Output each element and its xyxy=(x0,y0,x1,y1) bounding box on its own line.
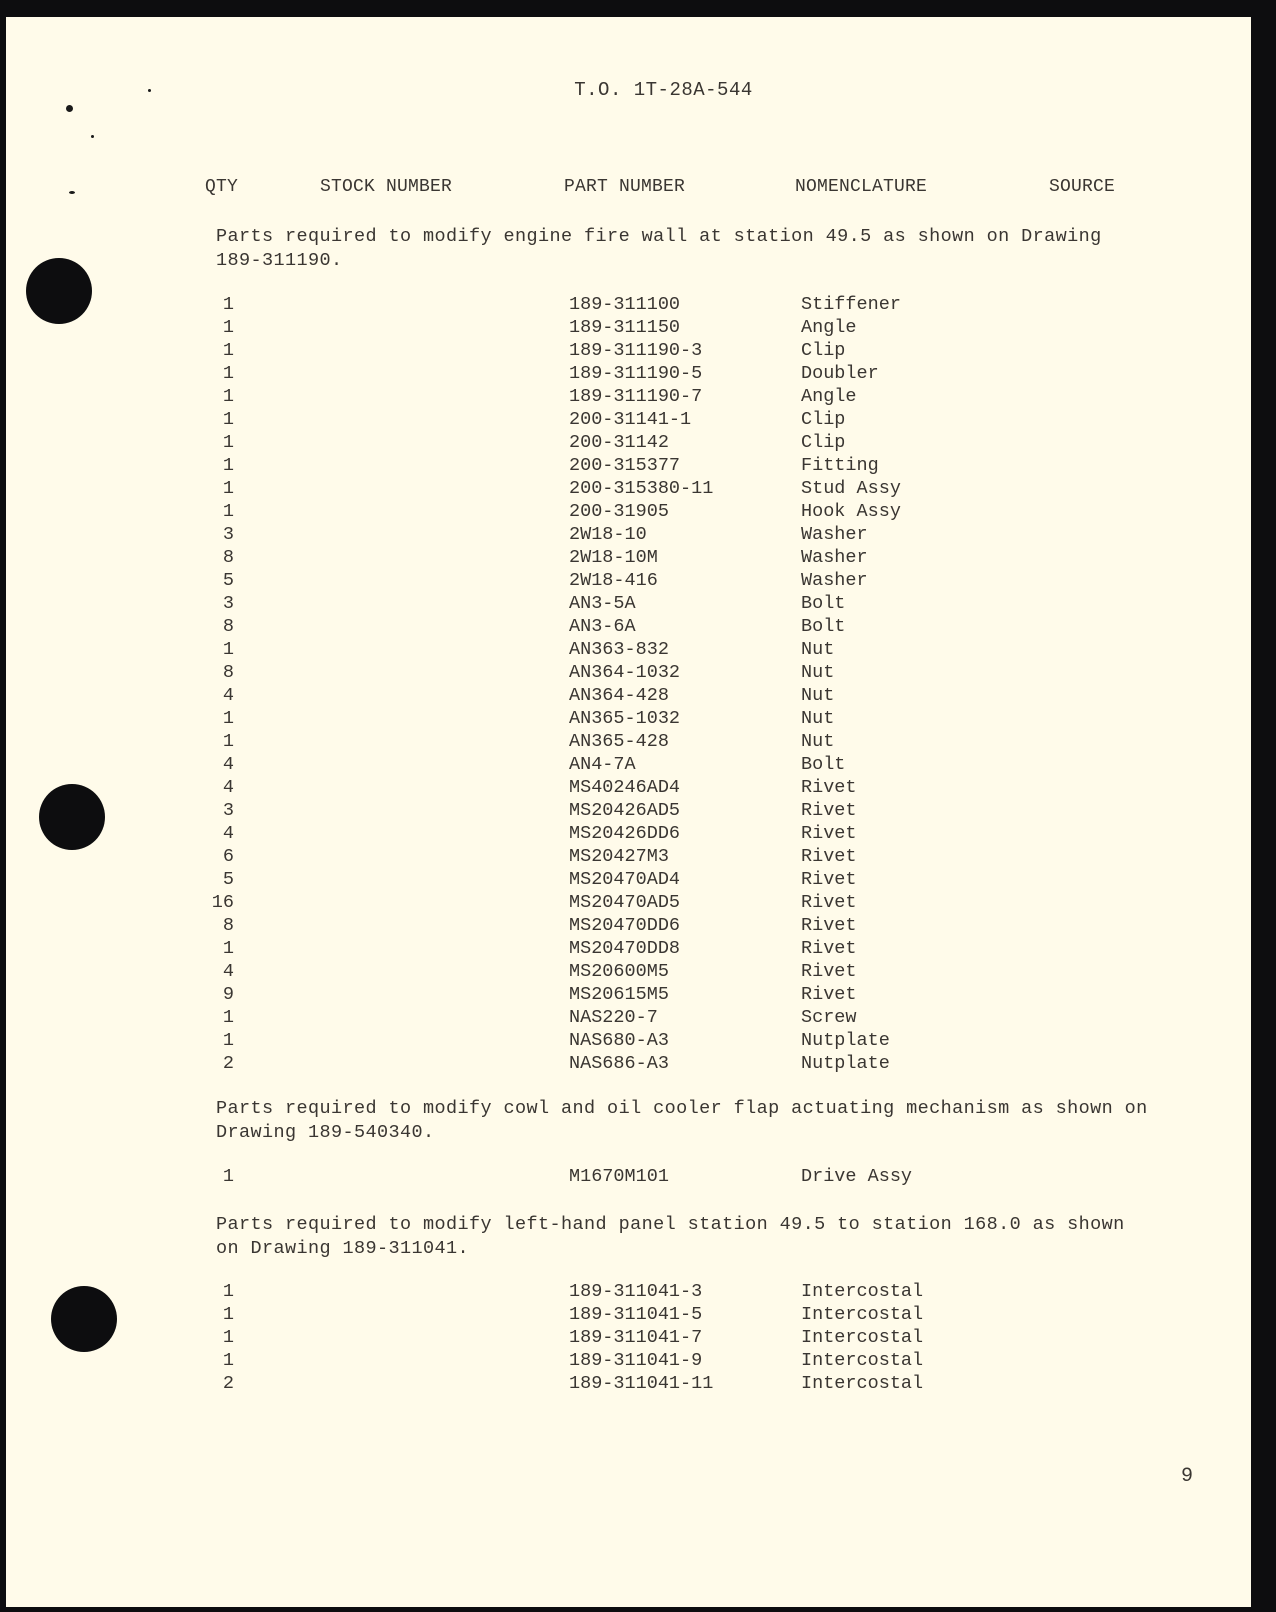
qty-cell: 1 xyxy=(206,1280,234,1303)
nomenclature-cell: Hook Assy xyxy=(801,500,901,523)
qty-cell: 4 xyxy=(206,753,234,776)
nomenclature-cell: Clip xyxy=(801,431,845,454)
section-description: Parts required to modify engine fire wal… xyxy=(216,225,1176,273)
table-row: 1NAS220-7Screw xyxy=(6,1006,1251,1029)
part-number-cell: AN365-1032 xyxy=(569,707,680,730)
part-number-cell: 2W18-416 xyxy=(569,569,658,592)
qty-cell: 1 xyxy=(206,408,234,431)
qty-cell: 8 xyxy=(206,615,234,638)
table-row: 32W18-10Washer xyxy=(6,523,1251,546)
table-row: 1NAS680-A3Nutplate xyxy=(6,1029,1251,1052)
part-number-cell: 189-311190-5 xyxy=(569,362,702,385)
table-row: 1189-311041-7Intercostal xyxy=(6,1326,1251,1349)
nomenclature-cell: Rivet xyxy=(801,776,857,799)
nomenclature-cell: Rivet xyxy=(801,983,857,1006)
column-header-nomenclature: NOMENCLATURE xyxy=(795,177,927,197)
nomenclature-cell: Intercostal xyxy=(801,1372,923,1395)
nomenclature-cell: Rivet xyxy=(801,937,857,960)
part-number-cell: 200-315377 xyxy=(569,454,680,477)
table-row: 2NAS686-A3Nutplate xyxy=(6,1052,1251,1075)
part-number-cell: MS20470AD5 xyxy=(569,891,680,914)
nomenclature-cell: Doubler xyxy=(801,362,879,385)
part-number-cell: MS20600M5 xyxy=(569,960,669,983)
nomenclature-cell: Rivet xyxy=(801,960,857,983)
nomenclature-cell: Angle xyxy=(801,316,857,339)
table-row: 3AN3-5ABolt xyxy=(6,592,1251,615)
qty-cell: 1 xyxy=(206,638,234,661)
qty-cell: 1 xyxy=(206,937,234,960)
qty-cell: 1 xyxy=(206,707,234,730)
nomenclature-cell: Intercostal xyxy=(801,1303,923,1326)
part-number-cell: MS20470DD8 xyxy=(569,937,680,960)
part-number-cell: 2W18-10M xyxy=(569,546,658,569)
nomenclature-cell: Stud Assy xyxy=(801,477,901,500)
table-row: 16MS20470AD5Rivet xyxy=(6,891,1251,914)
part-number-cell: 189-311041-7 xyxy=(569,1326,702,1349)
part-number-cell: AN364-1032 xyxy=(569,661,680,684)
part-number-cell: 189-311190-3 xyxy=(569,339,702,362)
nomenclature-cell: Clip xyxy=(801,339,845,362)
nomenclature-cell: Nut xyxy=(801,707,834,730)
table-row: 4MS20426DD6Rivet xyxy=(6,822,1251,845)
speck-mark xyxy=(91,135,94,138)
nomenclature-cell: Nut xyxy=(801,661,834,684)
table-row: 1AN365-1032Nut xyxy=(6,707,1251,730)
part-number-cell: NAS680-A3 xyxy=(569,1029,669,1052)
qty-cell: 1 xyxy=(206,1006,234,1029)
nomenclature-cell: Drive Assy xyxy=(801,1165,912,1188)
table-row: 8AN3-6ABolt xyxy=(6,615,1251,638)
table-row: 1189-311100Stiffener xyxy=(6,293,1251,316)
qty-cell: 1 xyxy=(206,1303,234,1326)
table-row: 4MS20600M5Rivet xyxy=(6,960,1251,983)
speck-mark xyxy=(66,105,73,112)
qty-cell: 1 xyxy=(206,339,234,362)
qty-cell: 1 xyxy=(206,293,234,316)
nomenclature-cell: Nut xyxy=(801,638,834,661)
table-row: 1200-315377Fitting xyxy=(6,454,1251,477)
nomenclature-cell: Intercostal xyxy=(801,1349,923,1372)
qty-cell: 3 xyxy=(206,799,234,822)
qty-cell: 1 xyxy=(206,1349,234,1372)
parts-list: 1189-311100Stiffener1189-311150Angle1189… xyxy=(6,293,1251,1075)
section-description: Parts required to modify cowl and oil co… xyxy=(216,1097,1176,1145)
nomenclature-cell: Nut xyxy=(801,730,834,753)
section-description: Parts required to modify left-hand panel… xyxy=(216,1213,1176,1261)
qty-cell: 1 xyxy=(206,500,234,523)
nomenclature-cell: Screw xyxy=(801,1006,857,1029)
qty-cell: 1 xyxy=(206,1165,234,1188)
part-number-cell: MS20427M3 xyxy=(569,845,669,868)
part-number-cell: MS20470DD6 xyxy=(569,914,680,937)
table-row: 1AN363-832Nut xyxy=(6,638,1251,661)
page-number: 9 xyxy=(1181,1465,1193,1488)
qty-cell: 1 xyxy=(206,1326,234,1349)
part-number-cell: 189-311190-7 xyxy=(569,385,702,408)
qty-cell: 2 xyxy=(206,1052,234,1075)
qty-cell: 9 xyxy=(206,983,234,1006)
table-row: 1189-311041-9Intercostal xyxy=(6,1349,1251,1372)
table-row: 1200-31141-1Clip xyxy=(6,408,1251,431)
nomenclature-cell: Rivet xyxy=(801,914,857,937)
column-header-stock-number: STOCK NUMBER xyxy=(320,177,452,197)
part-number-cell: 189-311041-11 xyxy=(569,1372,713,1395)
qty-cell: 2 xyxy=(206,1372,234,1395)
part-number-cell: 200-31905 xyxy=(569,500,669,523)
table-row: 4AN4-7ABolt xyxy=(6,753,1251,776)
qty-cell: 3 xyxy=(206,523,234,546)
qty-cell: 5 xyxy=(206,868,234,891)
nomenclature-cell: Nutplate xyxy=(801,1052,890,1075)
part-number-cell: AN363-832 xyxy=(569,638,669,661)
qty-cell: 4 xyxy=(206,960,234,983)
part-number-cell: AN3-5A xyxy=(569,592,636,615)
nomenclature-cell: Washer xyxy=(801,569,868,592)
table-row: 6MS20427M3Rivet xyxy=(6,845,1251,868)
part-number-cell: AN364-428 xyxy=(569,684,669,707)
table-row: 82W18-10MWasher xyxy=(6,546,1251,569)
nomenclature-cell: Stiffener xyxy=(801,293,901,316)
nomenclature-cell: Bolt xyxy=(801,753,845,776)
table-row: 9MS20615M5Rivet xyxy=(6,983,1251,1006)
part-number-cell: 189-311150 xyxy=(569,316,680,339)
qty-cell: 4 xyxy=(206,684,234,707)
table-row: 1AN365-428Nut xyxy=(6,730,1251,753)
parts-list: 1189-311041-3Intercostal1189-311041-5Int… xyxy=(6,1280,1251,1395)
part-number-cell: MS20426AD5 xyxy=(569,799,680,822)
table-row: 1189-311041-3Intercostal xyxy=(6,1280,1251,1303)
table-row: 8MS20470DD6Rivet xyxy=(6,914,1251,937)
qty-cell: 8 xyxy=(206,661,234,684)
table-row: 1MS20470DD8Rivet xyxy=(6,937,1251,960)
part-number-cell: 189-311100 xyxy=(569,293,680,316)
part-number-cell: M1670M101 xyxy=(569,1165,669,1188)
qty-cell: 8 xyxy=(206,914,234,937)
table-row: 52W18-416Washer xyxy=(6,569,1251,592)
part-number-cell: 200-315380-11 xyxy=(569,477,713,500)
part-number-cell: AN365-428 xyxy=(569,730,669,753)
qty-cell: 1 xyxy=(206,316,234,339)
qty-cell: 4 xyxy=(206,776,234,799)
table-row: 1189-311190-7Angle xyxy=(6,385,1251,408)
nomenclature-cell: Bolt xyxy=(801,615,845,638)
qty-cell: 1 xyxy=(206,385,234,408)
part-number-cell: NAS220-7 xyxy=(569,1006,658,1029)
part-number-cell: 189-311041-9 xyxy=(569,1349,702,1372)
nomenclature-cell: Rivet xyxy=(801,845,857,868)
nomenclature-cell: Clip xyxy=(801,408,845,431)
qty-cell: 1 xyxy=(206,362,234,385)
qty-cell: 1 xyxy=(206,730,234,753)
document-title: T.O. 1T-28A-544 xyxy=(6,79,1251,101)
table-row: 4MS40246AD4Rivet xyxy=(6,776,1251,799)
qty-cell: 1 xyxy=(206,1029,234,1052)
nomenclature-cell: Angle xyxy=(801,385,857,408)
qty-cell: 6 xyxy=(206,845,234,868)
table-row: 4AN364-428Nut xyxy=(6,684,1251,707)
nomenclature-cell: Washer xyxy=(801,546,868,569)
nomenclature-cell: Rivet xyxy=(801,868,857,891)
table-row: 1189-311190-5Doubler xyxy=(6,362,1251,385)
part-number-cell: 200-31141-1 xyxy=(569,408,691,431)
part-number-cell: 189-311041-5 xyxy=(569,1303,702,1326)
table-row: 8AN364-1032Nut xyxy=(6,661,1251,684)
nomenclature-cell: Intercostal xyxy=(801,1280,923,1303)
part-number-cell: NAS686-A3 xyxy=(569,1052,669,1075)
parts-list: 1M1670M101Drive Assy xyxy=(6,1165,1251,1188)
part-number-cell: 189-311041-3 xyxy=(569,1280,702,1303)
qty-cell: 16 xyxy=(206,891,234,914)
qty-cell: 1 xyxy=(206,477,234,500)
part-number-cell: 200-31142 xyxy=(569,431,669,454)
document-page: T.O. 1T-28A-544 QTY STOCK NUMBER PART NU… xyxy=(6,17,1251,1607)
table-row: 1200-315380-11Stud Assy xyxy=(6,477,1251,500)
table-row: 1M1670M101Drive Assy xyxy=(6,1165,1251,1188)
nomenclature-cell: Rivet xyxy=(801,891,857,914)
part-number-cell: AN4-7A xyxy=(569,753,636,776)
part-number-cell: MS20426DD6 xyxy=(569,822,680,845)
part-number-cell: MS20615M5 xyxy=(569,983,669,1006)
table-row: 3MS20426AD5Rivet xyxy=(6,799,1251,822)
table-row: 2189-311041-11Intercostal xyxy=(6,1372,1251,1395)
column-header-qty: QTY xyxy=(205,177,238,197)
column-header-source: SOURCE xyxy=(1049,177,1115,197)
qty-cell: 1 xyxy=(206,431,234,454)
table-row: 1200-31142Clip xyxy=(6,431,1251,454)
table-row: 1200-31905Hook Assy xyxy=(6,500,1251,523)
column-header-part-number: PART NUMBER xyxy=(564,177,685,197)
qty-cell: 8 xyxy=(206,546,234,569)
nomenclature-cell: Rivet xyxy=(801,822,857,845)
nomenclature-cell: Intercostal xyxy=(801,1326,923,1349)
table-row: 1189-311150Angle xyxy=(6,316,1251,339)
qty-cell: 4 xyxy=(206,822,234,845)
nomenclature-cell: Fitting xyxy=(801,454,879,477)
part-number-cell: AN3-6A xyxy=(569,615,636,638)
qty-cell: 5 xyxy=(206,569,234,592)
part-number-cell: 2W18-10 xyxy=(569,523,647,546)
table-row: 1189-311041-5Intercostal xyxy=(6,1303,1251,1326)
qty-cell: 3 xyxy=(206,592,234,615)
qty-cell: 1 xyxy=(206,454,234,477)
table-row: 1189-311190-3Clip xyxy=(6,339,1251,362)
nomenclature-cell: Bolt xyxy=(801,592,845,615)
table-row: 5MS20470AD4Rivet xyxy=(6,868,1251,891)
part-number-cell: MS40246AD4 xyxy=(569,776,680,799)
nomenclature-cell: Rivet xyxy=(801,799,857,822)
nomenclature-cell: Nutplate xyxy=(801,1029,890,1052)
nomenclature-cell: Nut xyxy=(801,684,834,707)
nomenclature-cell: Washer xyxy=(801,523,868,546)
speck-mark xyxy=(69,191,75,194)
part-number-cell: MS20470AD4 xyxy=(569,868,680,891)
